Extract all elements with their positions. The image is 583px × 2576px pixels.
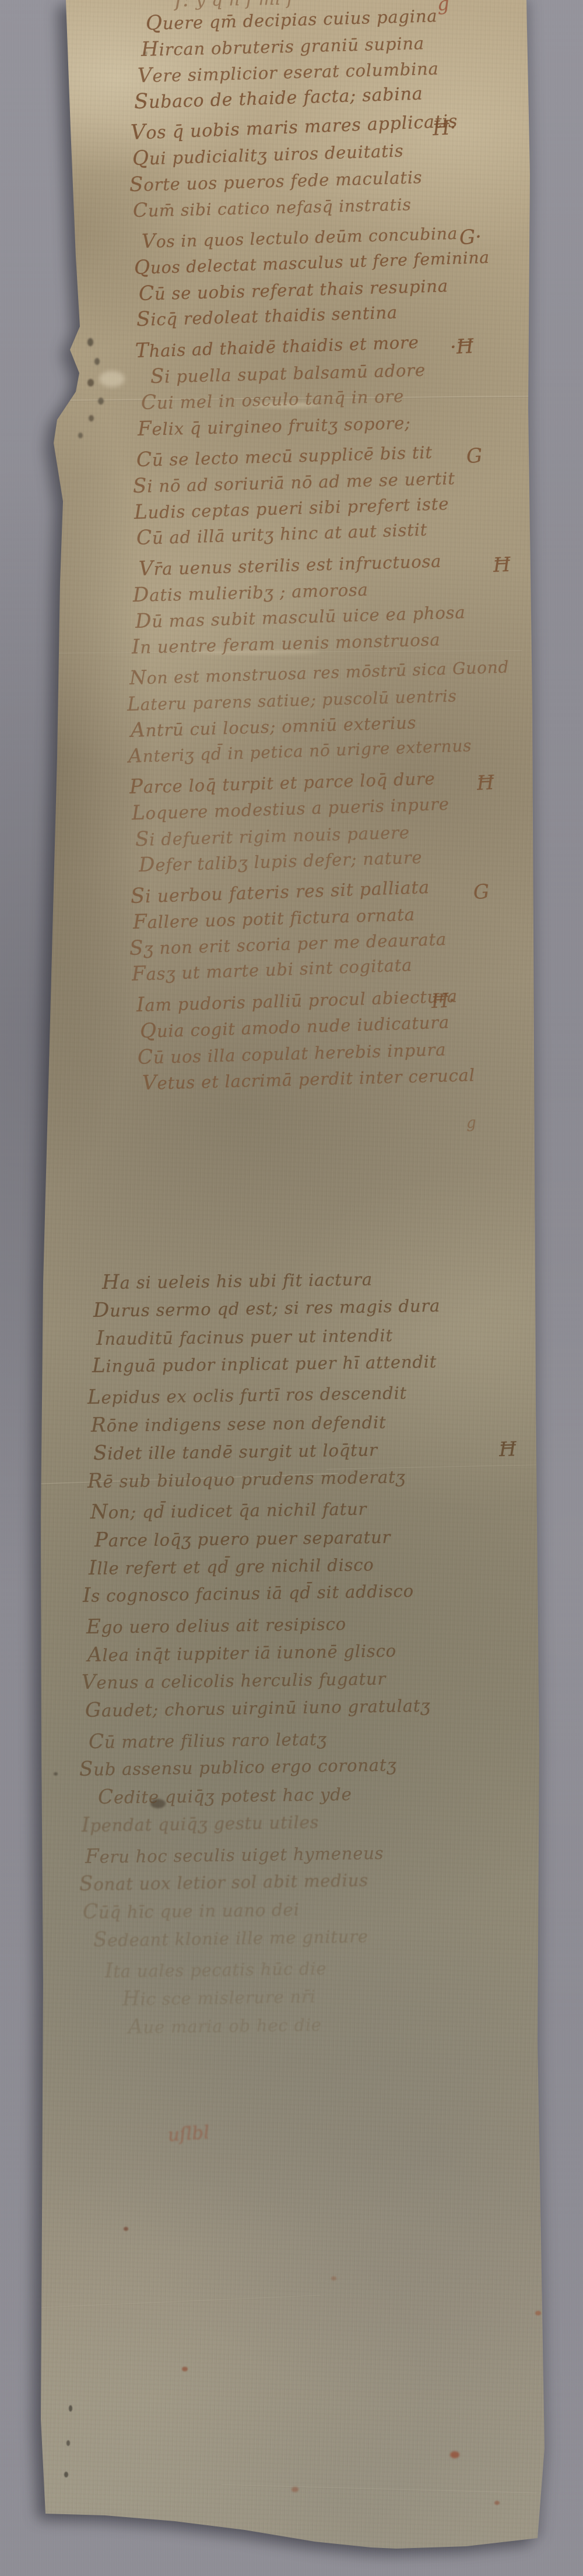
manuscript-line: Ille refert et qd̄ gre nichil disco (89, 1552, 374, 1580)
manuscript-line: Hircan obruteris graniū supina (141, 31, 425, 61)
manuscript-line: Cūq̄ hīc que in uano dei (83, 1897, 300, 1924)
manuscript-line: Cū se lecto mecū supplicē bis tit (136, 440, 433, 472)
manuscript-line: Sonat uox letior sol abit medius (79, 1868, 368, 1896)
ink-or-damage-spot (64, 2472, 68, 2477)
parchment-strip: ſ: y q n ſ mi ſQuere qm̄ decipias cuius … (0, 0, 583, 2576)
manuscript-line: Venus a celicolis herculis fugatur (82, 1667, 387, 1694)
manuscript-line: Si puella supat balsamū adore (150, 358, 426, 388)
manuscript-line: Ego uero delius ait resipisco (86, 1612, 346, 1639)
manuscript-line: Cui mel in osculo tanq̄ in ore (141, 384, 404, 414)
manuscript-line: In uentre feram uenis monstruosa (131, 627, 440, 659)
paragraph-mark: Ħ· (432, 116, 457, 140)
parchment-shadow: ſ: y q n ſ mi ſQuere qm̄ decipias cuius … (0, 0, 583, 2576)
manuscript-line: Aue maria ob hec die (128, 2012, 322, 2039)
manuscript-photo: ſ: y q n ſ mi ſQuere qm̄ decipias cuius … (0, 0, 583, 2576)
manuscript-line: Hic sce mislerure nr̄i (122, 1984, 316, 2011)
ink-or-damage-spot (124, 2227, 128, 2231)
paragraph-mark: Ħ (493, 553, 511, 577)
manuscript-line: Alea inq̄t iuppiter iā iunonē glisco (87, 1639, 397, 1667)
paragraph-mark: ·Ħ (449, 335, 474, 359)
ink-or-damage-spot (66, 2440, 70, 2446)
ink-or-damage-spot (494, 2501, 500, 2505)
ink-or-damage-spot (331, 2276, 336, 2280)
ink-or-damage-spot (69, 2405, 72, 2412)
stray-ink-mark: g (437, 0, 450, 15)
manuscript-line: Qui pudicialitʒ uiros deuitatis (132, 138, 404, 170)
manuscript-line: Sorte uos pueros fede maculatis (129, 165, 423, 196)
paragraph-mark: G (473, 880, 490, 904)
ink-or-damage-spot (450, 2451, 459, 2458)
ink-or-damage-spot (94, 358, 100, 365)
paragraph-mark: Ħ (476, 771, 495, 795)
manuscript-line: Rē sub biuloquo prudens moderatʒ (87, 1464, 406, 1493)
ink-or-damage-spot (87, 379, 94, 386)
stray-ink-mark: g (466, 1114, 476, 1132)
manuscript-line: Cedite quiq̄ʒ potest hac yde (98, 1782, 352, 1809)
ink-or-damage-spot (291, 2487, 298, 2492)
manuscript-line: Cū matre filius raro letatʒ (89, 1727, 327, 1753)
manuscript-line: Sub assensu publico ergo coronatʒ (79, 1752, 397, 1781)
manuscript-line: Thais ad thaidē thaidis et more (135, 330, 419, 363)
paragraph-mark: Ħ (498, 1438, 517, 1461)
manuscript-line: Cum̄ sibi catico nefasq̄ instratis (133, 192, 412, 222)
manuscript-line: Durus sermo qd est; si res magis dura (93, 1294, 441, 1322)
paragraph-mark: G (466, 444, 483, 468)
ink-or-damage-spot (182, 2367, 188, 2371)
manuscript-line: Feru hoc seculis uiget hymeneus (85, 1841, 384, 1868)
manuscript-line: Non; qd̄ iudicet q̄a nichil fatur (90, 1496, 367, 1524)
manuscript-line: Datis mulieribʒ ; amorosa (132, 577, 368, 607)
manuscript-line: Sedeant klonie ille me gniture (93, 1924, 368, 1952)
manuscript-line: Vos q̄ uobis maris mares applicatis (130, 108, 458, 145)
parchment-crease (222, 2484, 536, 2494)
manuscript-line: Lepidus ex oclis furtī ros descendit (87, 1380, 408, 1409)
manuscript-line: Ita uales pecatis hūc die (105, 1956, 327, 1983)
ink-or-damage-spot (98, 398, 104, 405)
manuscript-line: Rōne indigens sese non defendit (91, 1410, 387, 1437)
manuscript-line: Gaudet; chorus uirginū iuno gratulatʒ (85, 1693, 431, 1722)
manuscript-line: Ha si ueleis his ubi fit iactura (102, 1267, 373, 1294)
manuscript-line: Is cognosco facinus iā qd̄ sit addisco (83, 1579, 414, 1607)
manuscript-line: Ipendat quiq̄ʒ gestu utiles (82, 1810, 319, 1837)
manuscript-line: Cū se uobis referat thais resupina (138, 273, 448, 305)
ink-or-damage-spot (54, 1772, 58, 1776)
manuscript-line: Parce loq̄ʒ puero puer separatur (94, 1525, 391, 1552)
manuscript-line: Vr̄a uenus sterilis est infructuosa (138, 549, 441, 581)
manuscript-line: Inauditū facinus puer ut intendit (96, 1323, 393, 1350)
manuscript-line: Sidet ille tandē surgit ut loq̄tur (93, 1438, 378, 1465)
ink-or-damage-spot (535, 2311, 541, 2315)
stray-ink-mark: uſlbl (167, 2122, 210, 2146)
parchment-crease (41, 2295, 321, 2308)
manuscript-line: Sicq̄ redoleat thaidis sentina (136, 300, 398, 331)
ink-or-damage-spot (89, 415, 94, 421)
ink-or-damage-spot (99, 371, 125, 387)
ink-or-damage-spot (78, 433, 83, 438)
ink-or-damage-spot (87, 338, 93, 346)
manuscript-line: Linguā pudor inplicat puer hī attendit (92, 1349, 437, 1377)
manuscript-line: Felix q̄ uirgineo fruitʒ sopore; (138, 411, 412, 441)
